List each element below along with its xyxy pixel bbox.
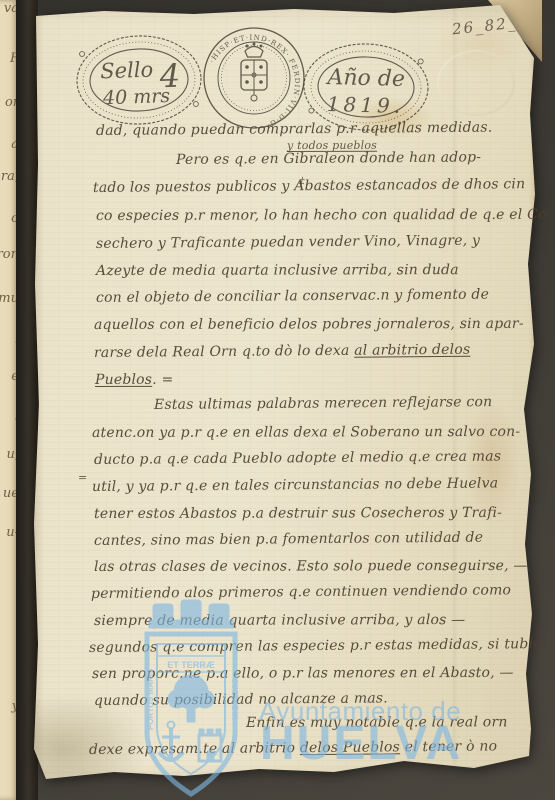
svg-text:1819.: 1819.	[327, 92, 405, 118]
royal-seal-stamp-icon: ·HISP·ET·IND·REX· FERDIN·VII·D·G·	[200, 24, 308, 132]
svg-text:Sello: Sello	[100, 58, 154, 84]
manuscript-photo: vaForara,odronmu:elu,ueu-y. 26_82_ Sello…	[0, 0, 555, 800]
year-1819-stamp-icon: Año de 1819.	[299, 38, 433, 135]
svg-text:40 mrs: 40 mrs	[102, 85, 171, 109]
embossed-seal-icon	[437, 50, 515, 116]
svg-text:·HISP·ET·IND·REX· FERDIN·VII·: ·HISP·ET·IND·REX· FERDIN·VII·D·G·	[208, 34, 301, 130]
sello-cuarto-stamp-icon: Sello 4 40 mrs	[71, 30, 206, 131]
svg-text:Año de: Año de	[325, 65, 405, 92]
